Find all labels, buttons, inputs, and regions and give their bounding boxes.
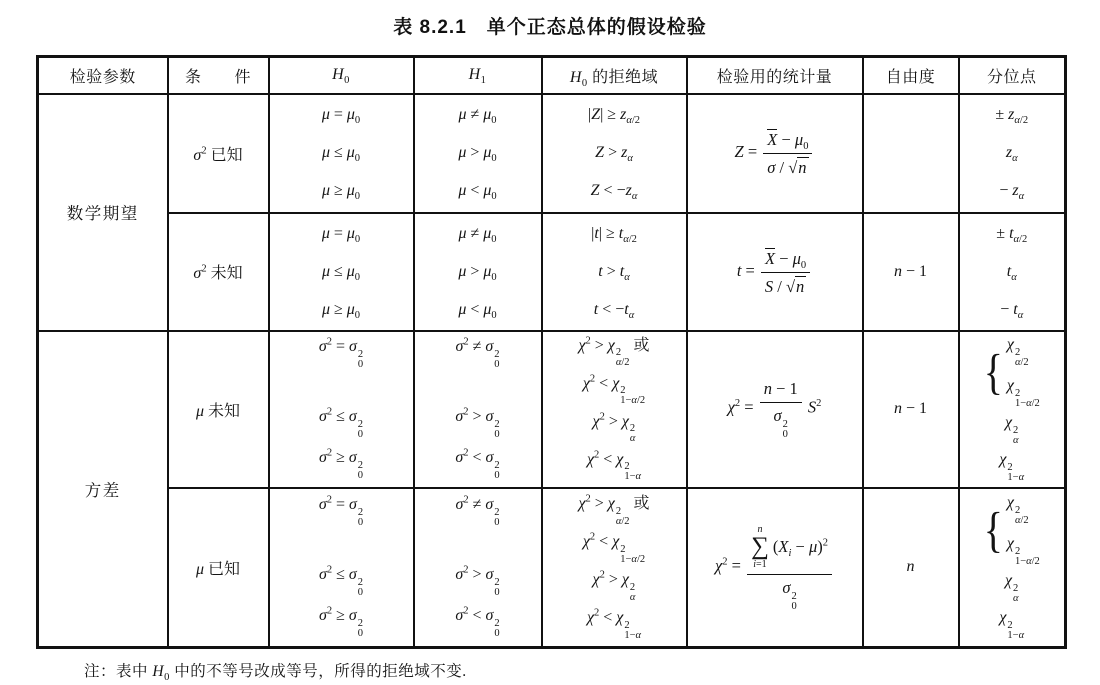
quantile-formula: χ21−α/2: [1007, 376, 1040, 409]
statistic-cell: χ2 = n − 1σ20 S2: [687, 331, 863, 488]
df-cell: n − 1: [863, 213, 959, 331]
rejection-region-cell: χ2 > χ2α/2 或 χ2 < χ21−α/2 χ2 > χ2α χ2 < …: [542, 331, 687, 488]
h0-formula: σ2 ≥ σ20: [319, 448, 363, 481]
table-row: 方差 μ 未知 σ2 = σ20 σ2 ≤ σ20 σ2 ≥ σ20 σ2 ≠ …: [38, 331, 1066, 488]
table-row: σ2 未知 μ = μ0 μ ≤ μ0 μ ≥ μ0 μ ≠ μ0 μ > μ0…: [38, 213, 1066, 331]
h1-cell: μ ≠ μ0 μ > μ0 μ < μ0: [414, 213, 542, 331]
h0-formula: μ ≤ μ0: [322, 143, 360, 163]
h0-cell: μ = μ0 μ ≤ μ0 μ ≥ μ0: [269, 94, 414, 213]
rejection-formula: Z < −zα: [591, 181, 638, 201]
col-header-quantile: 分位点: [959, 57, 1066, 94]
rejection-formula: χ2 > χ2α: [593, 570, 636, 603]
rejection-region-cell: |t| ≥ tα/2 t > tα t < −tα: [542, 213, 687, 331]
col-header-h1: H1: [414, 57, 542, 94]
quantile-formula: ± zα/2: [995, 105, 1028, 125]
h1-formula: μ > μ0: [458, 262, 496, 282]
h0-formula: σ2 ≤ σ20: [319, 565, 363, 598]
rejection-formula: χ2 < χ21−α: [587, 608, 641, 641]
condition-cell: μ 未知: [168, 331, 269, 488]
h1-formula: σ2 ≠ σ20: [455, 337, 499, 370]
h1-formula: σ2 < σ20: [455, 606, 499, 639]
condition-cell: σ2 已知: [168, 94, 269, 213]
table-row: μ 已知 σ2 = σ20 σ2 ≤ σ20 σ2 ≥ σ20 σ2 ≠ σ20…: [38, 488, 1066, 648]
quantile-formula: ± tα/2: [996, 224, 1027, 244]
h1-formula: σ2 > σ20: [455, 565, 499, 598]
quantile-formula: tα: [1007, 262, 1017, 282]
h0-formula: μ ≤ μ0: [322, 262, 360, 282]
hypothesis-test-table: 检验参数 条 件 H0 H1 H0 的拒绝域 检验用的统计量 自由度 分位点 数…: [36, 55, 1067, 649]
quantile-formula: χ21−α: [999, 608, 1024, 641]
h0-formula: σ2 = σ20: [319, 337, 363, 370]
condition-cell: σ2 未知: [168, 213, 269, 331]
statistic-cell: Z = X − μ0σ / √n: [687, 94, 863, 213]
h0-cell: σ2 = σ20 σ2 ≤ σ20 σ2 ≥ σ20: [269, 488, 414, 648]
rejection-formula: χ2 > χ2α/2 或: [578, 494, 649, 527]
col-header-h0: H0: [269, 57, 414, 94]
h1-formula: μ < μ0: [458, 181, 496, 201]
h1-cell: σ2 ≠ σ20 σ2 > σ20 σ2 < σ20: [414, 331, 542, 488]
rejection-region-cell: |Z| ≥ zα/2 Z > zα Z < −zα: [542, 94, 687, 213]
quantile-cell: ± tα/2 tα − tα: [959, 213, 1066, 331]
table-row: 数学期望 σ2 已知 μ = μ0 μ ≤ μ0 μ ≥ μ0 μ ≠ μ0 μ…: [38, 94, 1066, 213]
h1-formula: σ2 ≠ σ20: [455, 495, 499, 528]
rejection-formula: |Z| ≥ zα/2: [588, 105, 640, 125]
rejection-formula: χ2 > χ2α: [593, 412, 636, 445]
h1-formula: μ ≠ μ0: [458, 224, 496, 244]
h0-formula: μ = μ0: [322, 224, 360, 244]
h0-formula: μ = μ0: [322, 105, 360, 125]
statistic-cell: t = X − μ0S / √n: [687, 213, 863, 331]
h0-formula: σ2 ≤ σ20: [319, 407, 363, 440]
rejection-formula: χ2 < χ21−α/2: [583, 374, 645, 407]
h0-formula: σ2 ≥ σ20: [319, 606, 363, 639]
condition-cell: μ 已知: [168, 488, 269, 648]
h1-cell: μ ≠ μ0 μ > μ0 μ < μ0: [414, 94, 542, 213]
quantile-formula: zα: [1006, 143, 1018, 163]
rejection-formula: t > tα: [598, 262, 629, 282]
quantile-formula: − tα: [1000, 300, 1023, 320]
df-cell: n − 1: [863, 331, 959, 488]
quantile-formula: χ2α: [1005, 571, 1019, 604]
header-row: 检验参数 条 件 H0 H1 H0 的拒绝域 检验用的统计量 自由度 分位点: [38, 57, 1066, 94]
h1-formula: σ2 < σ20: [455, 448, 499, 481]
quantile-formula: − zα: [999, 181, 1024, 201]
rejection-formula: Z > zα: [595, 143, 633, 163]
quantile-cell: ± zα/2 zα − zα: [959, 94, 1066, 213]
col-header-degrees-of-freedom: 自由度: [863, 57, 959, 94]
h0-cell: μ = μ0 μ ≤ μ0 μ ≥ μ0: [269, 213, 414, 331]
h1-formula: σ2 > σ20: [455, 407, 499, 440]
table-note: 注：表中 H0 中的不等号改成等号，所得的拒绝域不变.: [84, 659, 1100, 681]
brace-icon: {: [984, 505, 1003, 555]
quantile-formula: χ2α/2: [1007, 493, 1029, 526]
quantile-cell: { χ2α/2 χ21−α/2 χ2α χ21−α: [959, 488, 1066, 648]
rejection-formula: |t| ≥ tα/2: [591, 224, 637, 244]
quantile-formula: χ21−α: [999, 450, 1024, 483]
quantile-brace-group: { χ2α/2 χ21−α/2: [984, 493, 1040, 567]
group-label-variance: 方差: [38, 331, 168, 648]
col-header-rejection-region: H0 的拒绝域: [542, 57, 687, 94]
h0-formula: μ ≥ μ0: [322, 181, 360, 201]
rejection-formula: t < −tα: [594, 300, 634, 320]
df-cell: n: [863, 488, 959, 648]
rejection-formula: χ2 < χ21−α: [587, 450, 641, 483]
page: 表 8.2.1 单个正态总体的假设检验 检验参数 条 件 H0 H1 H0 的拒…: [0, 0, 1100, 685]
h0-formula: σ2 = σ20: [319, 495, 363, 528]
quantile-formula: χ21−α/2: [1007, 534, 1040, 567]
rejection-formula: χ2 > χ2α/2 或: [578, 336, 649, 369]
df-cell: [863, 94, 959, 213]
h1-formula: μ ≠ μ0: [458, 105, 496, 125]
statistic-cell: χ2 = n∑i=1(Xi − μ)2σ20: [687, 488, 863, 648]
group-label-expectation: 数学期望: [38, 94, 168, 331]
rejection-formula: χ2 < χ21−α/2: [583, 532, 645, 565]
h1-formula: μ > μ0: [458, 143, 496, 163]
quantile-brace-group: { χ2α/2 χ21−α/2: [984, 335, 1040, 409]
quantile-formula: χ2α/2: [1007, 335, 1029, 368]
quantile-formula: χ2α: [1005, 413, 1019, 446]
h1-cell: σ2 ≠ σ20 σ2 > σ20 σ2 < σ20: [414, 488, 542, 648]
h0-formula: μ ≥ μ0: [322, 300, 360, 320]
brace-icon: {: [984, 347, 1003, 397]
page-title: 表 8.2.1 单个正态总体的假设检验: [36, 12, 1064, 39]
col-header-test-parameter: 检验参数: [38, 57, 168, 94]
rejection-region-cell: χ2 > χ2α/2 或 χ2 < χ21−α/2 χ2 > χ2α χ2 < …: [542, 488, 687, 648]
col-header-test-statistic: 检验用的统计量: [687, 57, 863, 94]
h0-cell: σ2 = σ20 σ2 ≤ σ20 σ2 ≥ σ20: [269, 331, 414, 488]
h1-formula: μ < μ0: [458, 300, 496, 320]
quantile-cell: { χ2α/2 χ21−α/2 χ2α χ21−α: [959, 331, 1066, 488]
col-header-condition: 条 件: [168, 57, 269, 94]
